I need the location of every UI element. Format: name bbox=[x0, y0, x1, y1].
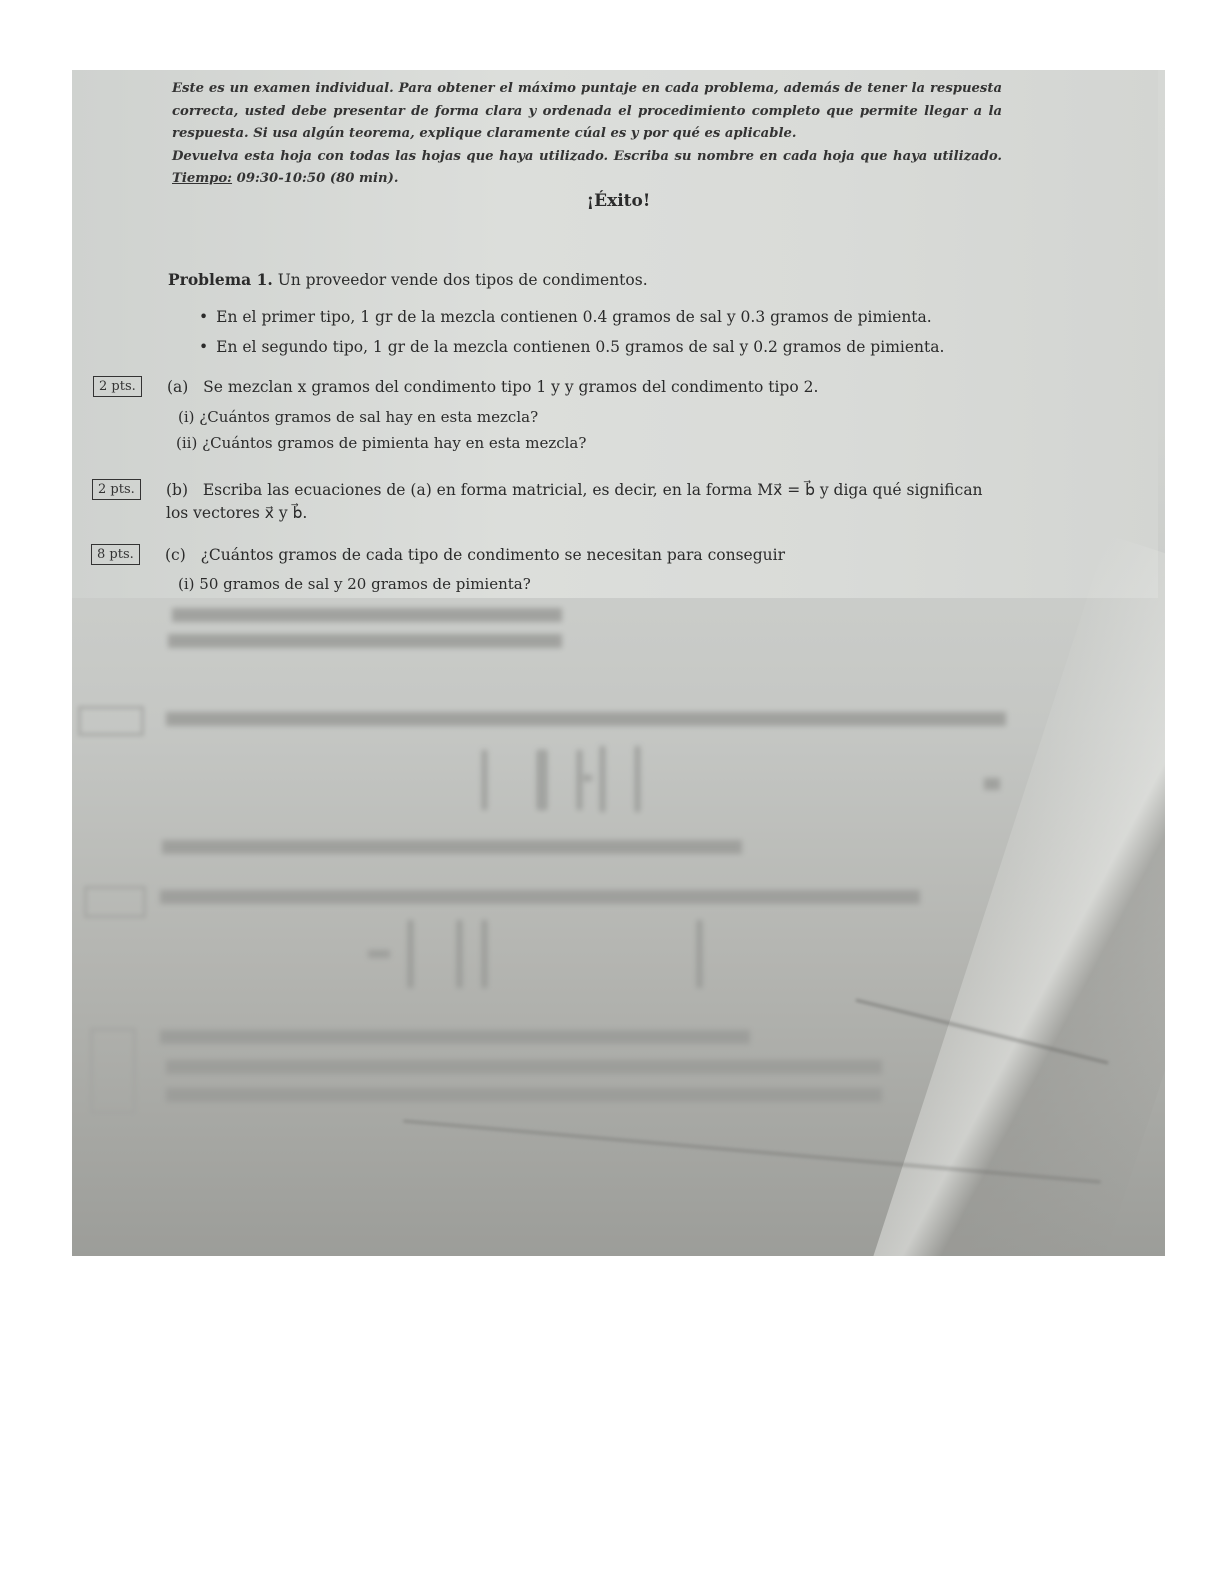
redacted-matrix bbox=[600, 746, 640, 812]
time-value: 09:30-10:50 (80 min). bbox=[232, 171, 398, 186]
redacted-line bbox=[160, 890, 920, 904]
time-line: Tiempo: 09:30-10:50 (80 min). bbox=[172, 168, 1002, 191]
exam-instructions: Este es un examen individual. Para obten… bbox=[172, 78, 1002, 191]
problem-label: Problema 1. bbox=[168, 270, 273, 289]
points-badge: 2 pts. bbox=[92, 479, 141, 500]
instruction-line: Devuelva esta hoja con todas las hojas q… bbox=[172, 146, 1002, 169]
part-c: (c) ¿Cuántos gramos de cada tipo de cond… bbox=[165, 546, 785, 564]
part-label: (c) bbox=[165, 546, 186, 564]
redacted-matrix bbox=[408, 920, 462, 988]
redacted-points-badge bbox=[78, 706, 144, 736]
problem-bullet: En el primer tipo, 1 gr de la mezcla con… bbox=[199, 308, 932, 326]
instruction-line: respuesta. Si usa algún teorema, expliqu… bbox=[172, 123, 1002, 146]
part-label: (b) bbox=[166, 481, 188, 499]
closing-message: ¡Éxito! bbox=[72, 191, 1165, 211]
subpart: (i) ¿Cuántos gramos de sal hay en esta m… bbox=[178, 408, 538, 426]
part-label: (a) bbox=[167, 378, 188, 396]
redacted-points-badge bbox=[84, 886, 146, 918]
instruction-line: correcta, usted debe presentar de forma … bbox=[172, 101, 1002, 124]
redacted-line bbox=[162, 840, 742, 854]
redacted-line bbox=[166, 1060, 882, 1074]
points-badge: 2 pts. bbox=[93, 376, 142, 397]
exam-sheet-photo: Este es un examen individual. Para obten… bbox=[72, 70, 1165, 1256]
redacted-matrix bbox=[482, 750, 542, 810]
redacted-line bbox=[172, 608, 562, 622]
subpart: (i) 50 gramos de sal y 20 gramos de pimi… bbox=[178, 575, 531, 593]
redacted-line bbox=[166, 712, 1006, 726]
instruction-line: Este es un examen individual. Para obten… bbox=[172, 78, 1002, 101]
part-text: Escriba las ecuaciones de (a) en forma m… bbox=[203, 481, 983, 499]
redacted-points-badges bbox=[90, 1028, 136, 1114]
points-badge: 8 pts. bbox=[91, 544, 140, 565]
problem-bullet: En el segundo tipo, 1 gr de la mezcla co… bbox=[199, 338, 944, 356]
problem-statement: Un proveedor vende dos tipos de condimen… bbox=[273, 271, 648, 289]
redacted-line bbox=[160, 1030, 750, 1044]
subpart: (ii) ¿Cuántos gramos de pimienta hay en … bbox=[176, 434, 586, 452]
part-text: Se mezclan x gramos del condimento tipo … bbox=[203, 378, 818, 396]
redacted-line bbox=[168, 634, 562, 648]
part-text: ¿Cuántos gramos de cada tipo de condimen… bbox=[201, 546, 785, 564]
redacted-matrix bbox=[482, 920, 702, 988]
part-a: (a) Se mezclan x gramos del condimento t… bbox=[167, 378, 818, 396]
redacted-equation-number bbox=[984, 778, 1000, 790]
redacted-equals bbox=[582, 775, 592, 781]
redacted-matrix bbox=[542, 750, 582, 810]
redacted-symbol bbox=[368, 950, 390, 958]
part-b-continued: los vectores x⃗ y b⃗. bbox=[166, 504, 307, 522]
redacted-line bbox=[166, 1088, 882, 1102]
time-label: Tiempo: bbox=[172, 171, 232, 186]
part-b: (b) Escriba las ecuaciones de (a) en for… bbox=[166, 481, 983, 499]
problem-1-heading: Problema 1. Un proveedor vende dos tipos… bbox=[168, 270, 648, 289]
